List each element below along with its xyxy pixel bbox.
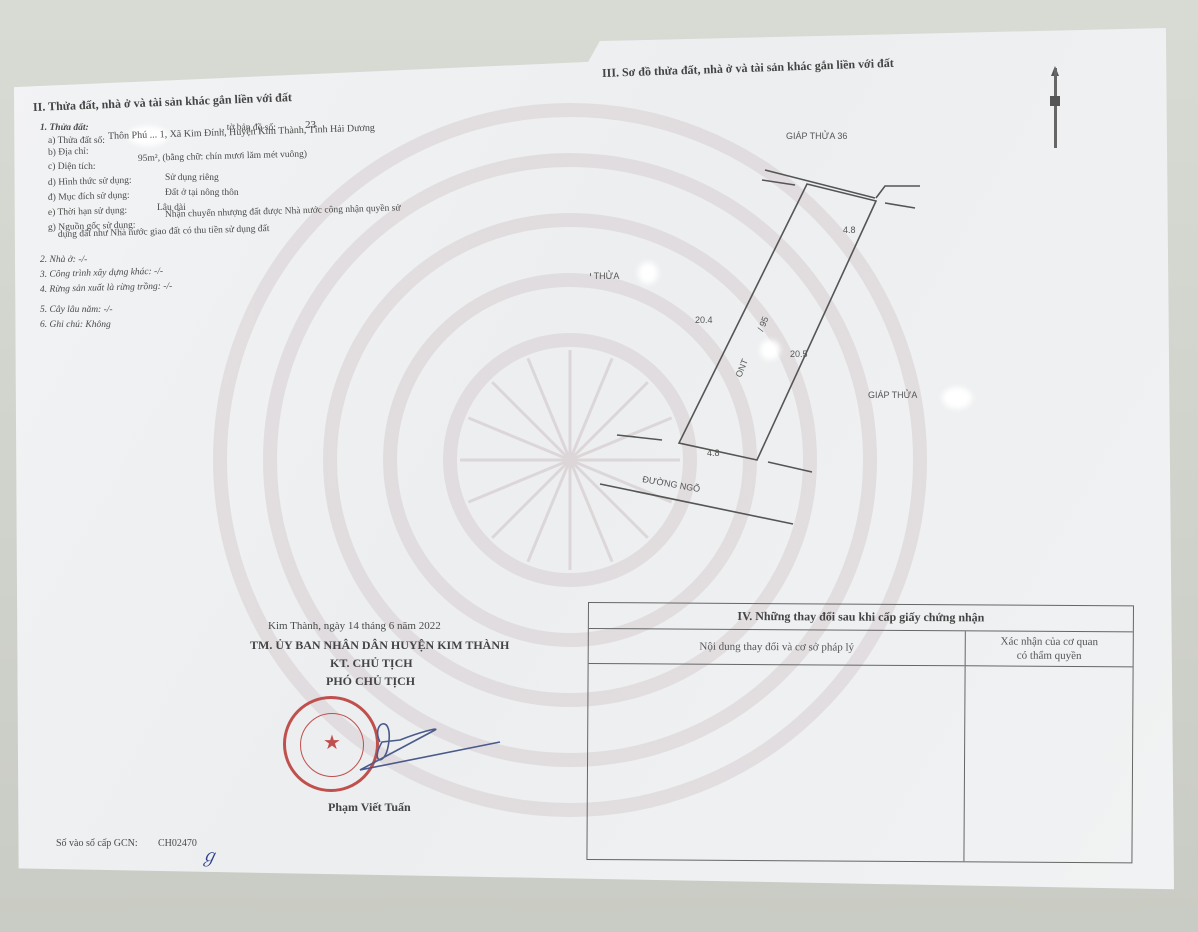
bottom-edge-length: 4.8	[707, 448, 720, 458]
redacted-parcel-no-diagram	[760, 340, 780, 360]
term-label: e) Thời hạn sử dụng:	[48, 206, 127, 218]
date-line: Kim Thành, ngày 14 tháng 6 năm 2022	[268, 620, 441, 632]
right-edge-length: 20.5	[790, 349, 808, 359]
kt-chairman: KT. CHỦ TỊCH	[330, 656, 413, 671]
left-edge-length: 20.4	[695, 315, 713, 325]
purpose-label: đ) Mục đích sử dụng:	[48, 191, 130, 203]
parcel-code-label: ONT	[734, 357, 751, 379]
north-arrow-shaft	[1054, 68, 1057, 148]
land-heading: 1. Thửa đất:	[40, 123, 89, 133]
issuing-authority: TM. ỦY BAN NHÂN DÂN HUYỆN KIM THÀNH	[250, 638, 509, 653]
right-neighbor-label: GIÁP THỬA	[868, 389, 917, 400]
left-neighbor-label: GIÁP THỬA	[590, 270, 619, 281]
section-4-title: IV. Những thay đổi sau khi cấp giấy chứn…	[589, 603, 1133, 632]
signature-scribble	[340, 712, 510, 782]
confirmation-header-line1: Xác nhận của cơ quan	[1001, 635, 1099, 650]
redacted-neighbor-right	[942, 387, 972, 409]
area-label: c) Diện tích:	[48, 162, 95, 172]
address-label: b) Địa chỉ:	[48, 147, 89, 158]
registry-number: CH02470	[158, 838, 197, 849]
handwritten-mark: ℊ	[200, 842, 218, 868]
note-item: 6. Ghi chú: Không	[40, 320, 111, 330]
top-edge-length: 4.8	[843, 225, 856, 235]
registry-label: Số vào sổ cấp GCN:	[56, 838, 138, 849]
confirmation-header-line2: có thẩm quyền	[1000, 649, 1098, 664]
house-item: 2. Nhà ở: -/-	[40, 255, 87, 265]
confirmation-column-header: Xác nhận của cơ quan có thẩm quyền	[966, 631, 1133, 667]
purpose-value: Đất ở tại nông thôn	[165, 188, 239, 198]
use-form-value: Sử dụng riêng	[165, 173, 219, 183]
confirmation-column: Xác nhận của cơ quan có thẩm quyền	[964, 631, 1132, 862]
signer-name: Phạm Viết Tuấn	[328, 800, 411, 815]
vice-chairman-title: PHÓ CHỦ TỊCH	[326, 674, 415, 689]
parcel-no-label: a) Thửa đất số:	[48, 136, 105, 146]
redacted-neighbor-left	[638, 262, 658, 284]
north-marker	[1050, 96, 1060, 106]
changes-column-header: Nội dung thay đổi và cơ sở pháp lý	[589, 629, 965, 666]
road-label: ĐƯỜNG NGÕ	[642, 474, 701, 494]
perennial-tree-item: 5. Cây lâu năm: -/-	[40, 305, 113, 315]
top-neighbor-text: GIÁP THỬA 36	[786, 131, 847, 141]
changes-table: IV. Những thay đổi sau khi cấp giấy chứn…	[586, 602, 1134, 863]
changes-column: Nội dung thay đổi và cơ sở pháp lý	[587, 629, 965, 861]
parcel-ref-label: / 95	[756, 315, 771, 333]
